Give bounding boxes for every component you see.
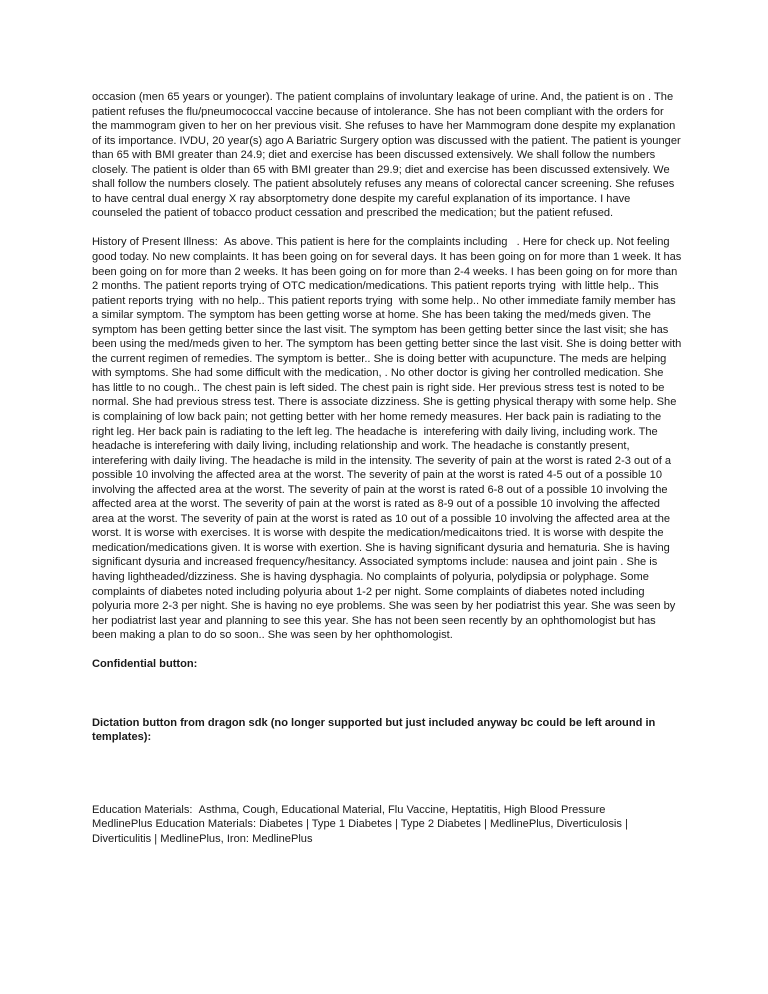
education-materials: Education Materials: Asthma, Cough, Educ… bbox=[92, 803, 682, 847]
confidential-heading: Confidential button: bbox=[92, 657, 682, 672]
dictation-heading: Dictation button from dragon sdk (no lon… bbox=[92, 716, 682, 745]
education-materials-line: Education Materials: Asthma, Cough, Educ… bbox=[92, 803, 682, 818]
hpi-label: History of Present Illness: bbox=[92, 236, 218, 248]
intro-paragraph: occasion (men 65 years or younger). The … bbox=[92, 90, 682, 221]
document-page: occasion (men 65 years or younger). The … bbox=[92, 90, 682, 847]
medlineplus-materials-line: MedlinePlus Education Materials: Diabete… bbox=[92, 817, 682, 846]
hpi-paragraph: History of Present Illness: As above. Th… bbox=[92, 235, 682, 642]
hpi-text: As above. This patient is here for the c… bbox=[92, 236, 681, 641]
